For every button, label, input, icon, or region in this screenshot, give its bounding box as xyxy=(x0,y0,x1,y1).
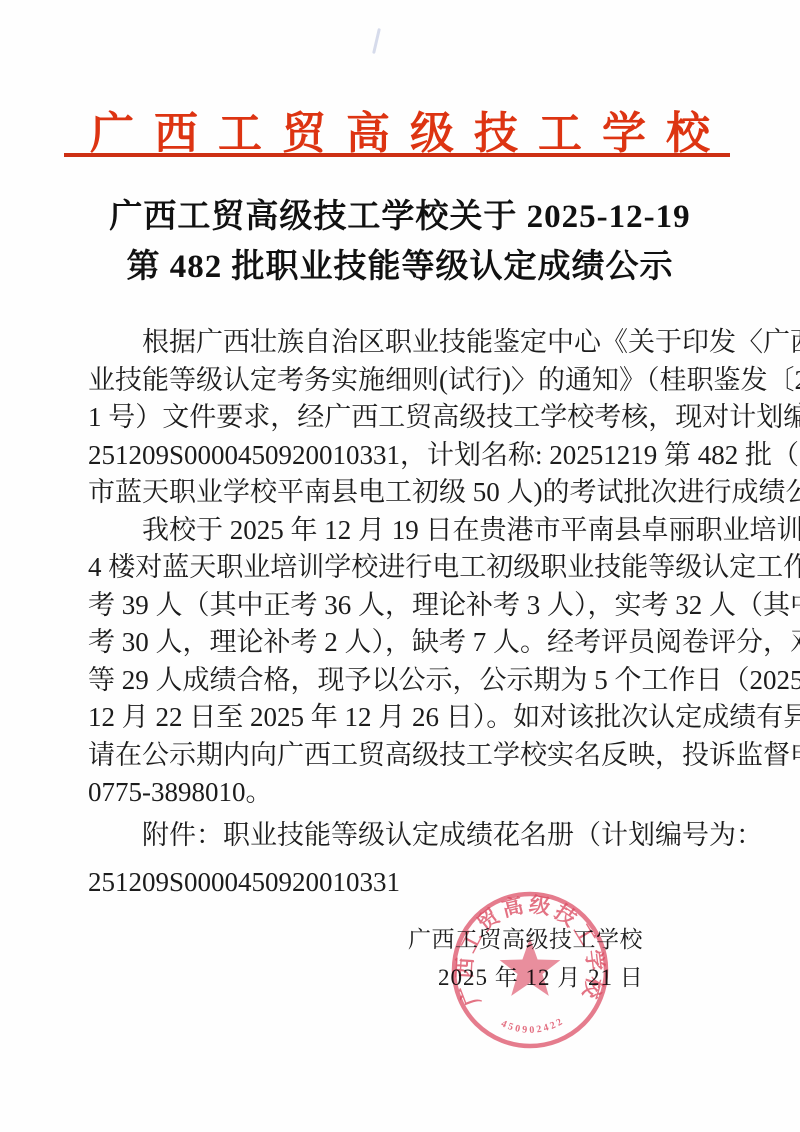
paragraph-1: 根据广西壮族自治区职业技能鉴定中心《关于印发〈广西职 业技能等级认定考务实施细则… xyxy=(88,324,722,512)
body-line: 251209S0000450920010331，计划名称: 20251219 第… xyxy=(88,437,722,475)
body-line: 根据广西壮族自治区职业技能鉴定中心《关于印发〈广西职 xyxy=(88,324,722,362)
letterhead-divider-rule xyxy=(64,153,730,157)
scan-artifact-mark xyxy=(372,28,381,54)
signature-date: 2025 年 12 月 21 日 xyxy=(438,959,644,992)
body-line: 0775-3898010。 xyxy=(88,774,722,812)
body-line: 我校于 2025 年 12 月 19 日在贵港市平南县卓丽职业培训学校 xyxy=(88,512,722,550)
body-line: 考 39 人（其中正考 36 人，理论补考 3 人），实考 32 人（其中正 xyxy=(88,587,722,625)
notice-title-line-1: 广西工贸高级技工学校关于 2025-12-19 xyxy=(0,192,800,242)
body-line: 市蓝天职业学校平南县电工初级 50 人)的考试批次进行成绩公示。 xyxy=(88,474,722,512)
body-line: 等 29 人成绩合格，现予以公示，公示期为 5 个工作日（2025 年 xyxy=(88,662,722,700)
attachment-section: 附件：职业技能等级认定成绩花名册（计划编号为： 251209S000045092… xyxy=(88,812,722,906)
body-line: 业技能等级认定考务实施细则(试行)〉的通知》（桂职鉴发〔2021〕 xyxy=(88,362,722,400)
body-line: 请在公示期内向广西工贸高级技工学校实名反映，投诉监督电话： xyxy=(88,737,722,775)
notice-title: 广西工贸高级技工学校关于 2025-12-19 第 482 批职业技能等级认定成… xyxy=(0,192,800,292)
paragraph-2: 我校于 2025 年 12 月 19 日在贵港市平南县卓丽职业培训学校 4 楼对… xyxy=(88,512,722,812)
body-line: 1 号）文件要求，经广西工贸高级技工学校考核，现对计划编号为： xyxy=(88,399,722,437)
letterhead-school-name: 广西工贸高级技工学校 xyxy=(0,97,800,161)
notice-title-line-2: 第 482 批职业技能等级认定成绩公示 xyxy=(0,242,800,292)
attachment-plan-number: 251209S0000450920010331 xyxy=(88,859,722,906)
attachment-line-1: 附件：职业技能等级认定成绩花名册（计划编号为： xyxy=(88,812,722,859)
body-line: 考 30 人，理论补考 2 人），缺考 7 人。经考评员阅卷评分，邓湘 xyxy=(88,624,722,662)
notice-document-page: 广西工贸高级技工学校 广西工贸高级技工学校关于 2025-12-19 第 482… xyxy=(0,0,800,1132)
body-line: 12 月 22 日至 2025 年 12 月 26 日）。如对该批次认定成绩有异… xyxy=(88,699,722,737)
body-line: 4 楼对蓝天职业培训学校进行电工初级职业技能等级认定工作，拟 xyxy=(88,549,722,587)
signature-school-name: 广西工贸高级技工学校 xyxy=(408,921,643,954)
notice-body: 根据广西壮族自治区职业技能鉴定中心《关于印发〈广西职 业技能等级认定考务实施细则… xyxy=(88,324,722,812)
